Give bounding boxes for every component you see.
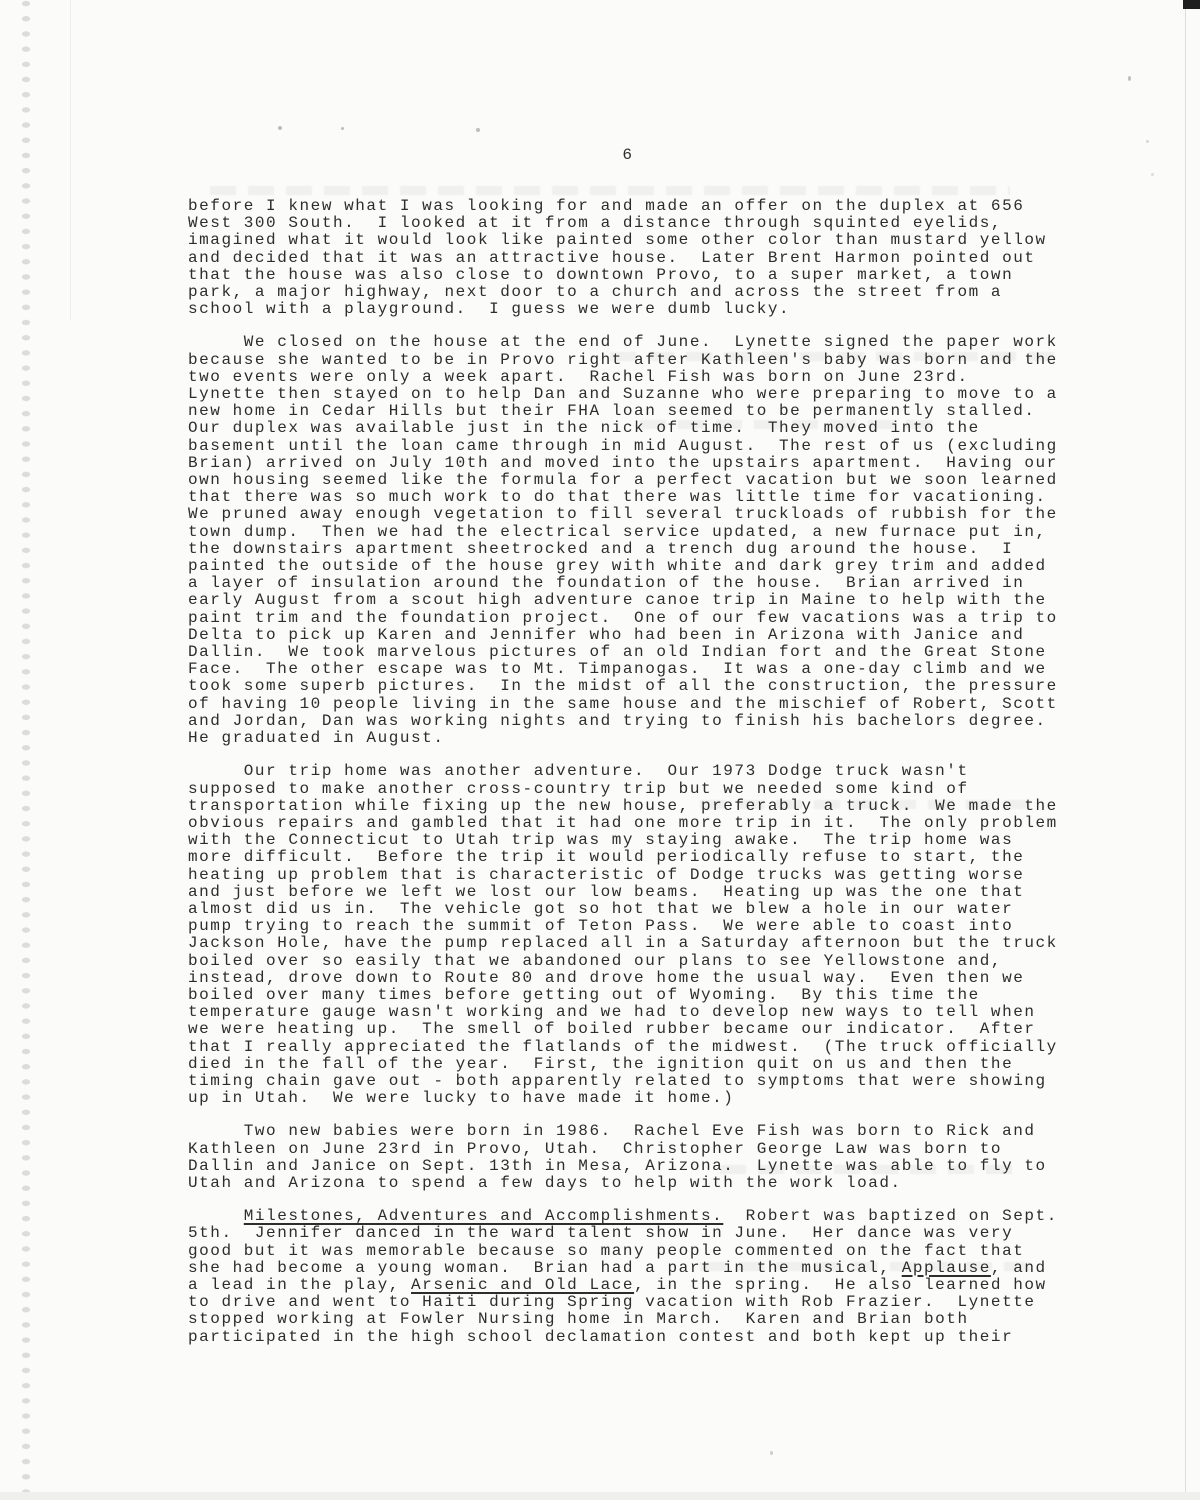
text-segment: heating up problem that is characteristi…: [188, 866, 1024, 884]
text-segment: with the Connecticut to Utah trip was my…: [188, 831, 1013, 849]
text-segment: , in the spring. He also learned how: [634, 1276, 1047, 1294]
text-line: new home in Cedar Hills but their FHA lo…: [188, 403, 1058, 420]
text-segment: Two new babies were born in 1986. Rachel…: [188, 1122, 1036, 1140]
text-segment: Robert was baptized on Sept.: [723, 1207, 1058, 1225]
text-segment: painted the outside of the house grey wi…: [188, 557, 1047, 575]
text-segment: transportation while fixing up the new h…: [188, 797, 1058, 815]
scanned-page: 6 before I knew what I was looking for a…: [0, 0, 1200, 1500]
text-line: and Jordan, Dan was working nights and t…: [188, 713, 1058, 730]
text-segment: own housing seemed like the formula for …: [188, 471, 1058, 489]
paragraph: Two new babies were born in 1986. Rachel…: [188, 1123, 1058, 1192]
text-segment: Dallin and Janice on Sept. 13th in Mesa,…: [188, 1157, 1047, 1175]
text-segment: basement until the loan came through in …: [188, 437, 1058, 455]
text-segment: supposed to make another cross-country t…: [188, 780, 969, 798]
text-segment: boiled over so easily that we abandoned …: [188, 952, 1002, 970]
text-segment: park, a major highway, next door to a ch…: [188, 283, 1002, 301]
text-line: because she wanted to be in Provo right …: [188, 352, 1058, 369]
text-segment: Kathleen on June 23rd in Provo, Utah. Ch…: [188, 1140, 1002, 1158]
text-segment: early August from a scout high adventure…: [188, 591, 1047, 609]
text-line: we were heating up. The smell of boiled …: [188, 1021, 1058, 1038]
text-segment: that the house was also close to downtow…: [188, 266, 1013, 284]
paragraph: Our trip home was another adventure. Our…: [188, 763, 1058, 1107]
top-page-edge: [0, 0, 1200, 2]
text-segment: school with a playground. I guess we wer…: [188, 300, 790, 318]
text-line: almost did us in. The vehicle got so hot…: [188, 901, 1058, 918]
text-line: boiled over many times before getting ou…: [188, 987, 1058, 1004]
text-line: Jackson Hole, have the pump replaced all…: [188, 935, 1058, 952]
text-line: Kathleen on June 23rd in Provo, Utah. Ch…: [188, 1141, 1058, 1158]
binding-edge: [13, 0, 39, 1500]
text-line: two events were only a week apart. Rache…: [188, 369, 1058, 386]
text-line: Milestones, Adventures and Accomplishmen…: [188, 1208, 1058, 1225]
text-line: park, a major highway, next door to a ch…: [188, 284, 1058, 301]
text-segment: that I really appreciated the flatlands …: [188, 1038, 1058, 1056]
scan-speck: [770, 1451, 773, 1455]
text-segment: up in Utah. We were lucky to have made i…: [188, 1089, 734, 1107]
text-line: that there was so much work to do that t…: [188, 489, 1058, 506]
text-segment: we were heating up. The smell of boiled …: [188, 1020, 1036, 1038]
text-segment: boiled over many times before getting ou…: [188, 986, 980, 1004]
text-segment: two events were only a week apart. Rache…: [188, 368, 969, 386]
text-segment: died in the fall of the year. First, the…: [188, 1055, 1013, 1073]
text-segment: Our trip home was another adventure. Our…: [188, 762, 969, 780]
text-segment: of having 10 people living in the same h…: [188, 695, 1058, 713]
text-segment: He graduated in August.: [188, 729, 445, 747]
text-line: heating up problem that is characteristi…: [188, 867, 1058, 884]
bottom-page-edge: [0, 1492, 1200, 1500]
scan-speck: [1151, 173, 1154, 176]
text-line: participated in the high school declamat…: [188, 1329, 1058, 1346]
text-line: Delta to pick up Karen and Jennifer who …: [188, 627, 1058, 644]
text-line: before I knew what I was looking for and…: [188, 198, 1058, 215]
text-line: Utah and Arizona to spend a few days to …: [188, 1175, 1058, 1192]
text-line: Our trip home was another adventure. Our…: [188, 763, 1058, 780]
text-line: transportation while fixing up the new h…: [188, 798, 1058, 815]
scan-speck: [341, 127, 344, 130]
text-line: with the Connecticut to Utah trip was my…: [188, 832, 1058, 849]
text-line: basement until the loan came through in …: [188, 438, 1058, 455]
text-line: painted the outside of the house grey wi…: [188, 558, 1058, 575]
text-segment: imagined what it would look like painted…: [188, 231, 1047, 249]
text-segment: Lynette then stayed on to help Dan and S…: [188, 385, 1058, 403]
text-line: temperature gauge wasn't working and we …: [188, 1004, 1058, 1021]
text-line: she had become a young woman. Brian had …: [188, 1260, 1058, 1277]
text-line: boiled over so easily that we abandoned …: [188, 953, 1058, 970]
text-line: of having 10 people living in the same h…: [188, 696, 1058, 713]
text-line: Dallin. We took marvelous pictures of an…: [188, 644, 1058, 661]
text-segment: took some superb pictures. In the midst …: [188, 677, 1058, 695]
text-segment: good but it was memorable because so man…: [188, 1242, 1024, 1260]
text-segment: she had become a young woman. Brian had …: [188, 1259, 902, 1277]
text-line: obvious repairs and gambled that it had …: [188, 815, 1058, 832]
text-line: that I really appreciated the flatlands …: [188, 1039, 1058, 1056]
text-segment: Face. The other escape was to Mt. Timpan…: [188, 660, 1047, 678]
text-line: instead, drove down to Route 80 and drov…: [188, 970, 1058, 987]
text-segment: Utah and Arizona to spend a few days to …: [188, 1174, 902, 1192]
text-segment: Our duplex was available just in the nic…: [188, 419, 980, 437]
scan-speck: [476, 128, 480, 132]
text-segment: We closed on the house at the end of Jun…: [188, 333, 1058, 351]
text-segment: the downstairs apartment sheetrocked and…: [188, 540, 1013, 558]
text-segment: participated in the high school declamat…: [188, 1328, 1013, 1346]
text-line: took some superb pictures. In the midst …: [188, 678, 1058, 695]
text-line: Brian) arrived on July 10th and moved in…: [188, 455, 1058, 472]
text-line: died in the fall of the year. First, the…: [188, 1056, 1058, 1073]
text-line: up in Utah. We were lucky to have made i…: [188, 1090, 1058, 1107]
document-body: before I knew what I was looking for and…: [188, 198, 1058, 1362]
right-page-edge-line: [1185, 0, 1186, 1500]
text-line: West 300 South. I looked at it from a di…: [188, 215, 1058, 232]
text-segment: We pruned away enough vegetation to fill…: [188, 505, 1058, 523]
text-segment: because she wanted to be in Provo right …: [188, 351, 1058, 369]
text-line: supposed to make another cross-country t…: [188, 781, 1058, 798]
text-segment: West 300 South. I looked at it from a di…: [188, 214, 1002, 232]
text-line: own housing seemed like the formula for …: [188, 472, 1058, 489]
text-line: Face. The other escape was to Mt. Timpan…: [188, 661, 1058, 678]
text-line: Our duplex was available just in the nic…: [188, 420, 1058, 437]
scan-speck: [278, 126, 282, 130]
text-segment: Dallin. We took marvelous pictures of an…: [188, 643, 1047, 661]
text-line: good but it was memorable because so man…: [188, 1243, 1058, 1260]
underlined-text: Milestones, Adventures and Accomplishmen…: [244, 1207, 724, 1225]
text-line: town dump. Then we had the electrical se…: [188, 524, 1058, 541]
paragraph: before I knew what I was looking for and…: [188, 198, 1058, 318]
text-segment: a lead in the play,: [188, 1276, 411, 1294]
text-line: pump trying to reach the summit of Teton…: [188, 918, 1058, 935]
text-segment: to drive and went to Haiti during Spring…: [188, 1293, 1036, 1311]
text-line: school with a playground. I guess we wer…: [188, 301, 1058, 318]
text-segment: before I knew what I was looking for and…: [188, 197, 1024, 215]
text-line: a layer of insulation around the foundat…: [188, 575, 1058, 592]
text-line: Two new babies were born in 1986. Rachel…: [188, 1123, 1058, 1140]
page-number: 6: [188, 146, 1068, 164]
underlined-text: Arsenic and Old Lace: [411, 1276, 634, 1294]
text-segment: [188, 1207, 244, 1225]
text-line: imagined what it would look like painted…: [188, 232, 1058, 249]
text-segment: and just before we left we lost our low …: [188, 883, 1024, 901]
text-line: We closed on the house at the end of Jun…: [188, 334, 1058, 351]
text-line: timing chain gave out - both apparently …: [188, 1073, 1058, 1090]
scan-speck: [1146, 140, 1149, 143]
underlined-text: Applause: [902, 1259, 991, 1277]
text-line: that the house was also close to downtow…: [188, 267, 1058, 284]
text-line: to drive and went to Haiti during Spring…: [188, 1294, 1058, 1311]
text-line: a lead in the play, Arsenic and Old Lace…: [188, 1277, 1058, 1294]
text-line: 5th. Jennifer danced in the ward talent …: [188, 1225, 1058, 1242]
paragraph: We closed on the house at the end of Jun…: [188, 334, 1058, 747]
text-line: and just before we left we lost our low …: [188, 884, 1058, 901]
text-segment: almost did us in. The vehicle got so hot…: [188, 900, 1013, 918]
text-segment: Brian) arrived on July 10th and moved in…: [188, 454, 1058, 472]
text-segment: paint trim and the foundation project. O…: [188, 609, 1058, 627]
text-line: He graduated in August.: [188, 730, 1058, 747]
text-segment: new home in Cedar Hills but their FHA lo…: [188, 402, 1036, 420]
text-segment: instead, drove down to Route 80 and drov…: [188, 969, 1024, 987]
scan-speck: [1128, 76, 1131, 81]
text-segment: Jackson Hole, have the pump replaced all…: [188, 934, 1058, 952]
text-line: stopped working at Fowler Nursing home i…: [188, 1311, 1058, 1328]
text-line: Dallin and Janice on Sept. 13th in Mesa,…: [188, 1158, 1058, 1175]
text-segment: timing chain gave out - both apparently …: [188, 1072, 1047, 1090]
text-segment: a layer of insulation around the foundat…: [188, 574, 1024, 592]
left-page-edge-line: [70, 0, 71, 320]
text-segment: 5th. Jennifer danced in the ward talent …: [188, 1224, 1013, 1242]
text-segment: Delta to pick up Karen and Jennifer who …: [188, 626, 1024, 644]
text-line: the downstairs apartment sheetrocked and…: [188, 541, 1058, 558]
text-line: early August from a scout high adventure…: [188, 592, 1058, 609]
text-segment: obvious repairs and gambled that it had …: [188, 814, 1058, 832]
paragraph: Milestones, Adventures and Accomplishmen…: [188, 1208, 1058, 1346]
text-segment: , and: [991, 1259, 1047, 1277]
text-line: We pruned away enough vegetation to fill…: [188, 506, 1058, 523]
text-line: paint trim and the foundation project. O…: [188, 610, 1058, 627]
text-segment: town dump. Then we had the electrical se…: [188, 523, 1047, 541]
text-segment: pump trying to reach the summit of Teton…: [188, 917, 1013, 935]
text-segment: and decided that it was an attractive ho…: [188, 249, 1036, 267]
text-line: more difficult. Before the trip it would…: [188, 849, 1058, 866]
text-segment: stopped working at Fowler Nursing home i…: [188, 1310, 969, 1328]
text-segment: that there was so much work to do that t…: [188, 488, 1047, 506]
bleed-through-smudge: [210, 186, 1010, 195]
text-segment: and Jordan, Dan was working nights and t…: [188, 712, 1047, 730]
text-line: and decided that it was an attractive ho…: [188, 250, 1058, 267]
text-segment: more difficult. Before the trip it would…: [188, 848, 1024, 866]
text-segment: temperature gauge wasn't working and we …: [188, 1003, 1036, 1021]
text-line: Lynette then stayed on to help Dan and S…: [188, 386, 1058, 403]
